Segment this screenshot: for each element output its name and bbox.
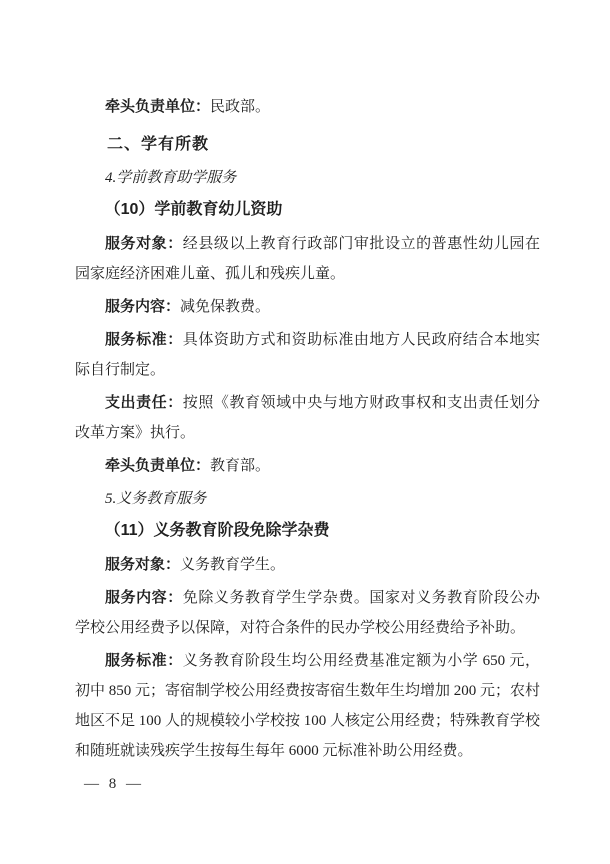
field-label: 服务标准： — [105, 653, 183, 669]
document-page: 牵头负责单位：民政部。 二、学有所教 4.学前教育助学服务 （10）学前教育幼儿… — [0, 0, 610, 864]
service-target-paragraph: 服务对象：经县级以上教育行政部门审批设立的普惠性幼儿园在园家庭经济困难儿童、孤儿… — [75, 229, 540, 289]
field-label: 支出责任： — [105, 395, 183, 411]
field-value: 民政部。 — [210, 99, 270, 115]
service-item-title: 4.学前教育助学服务 — [75, 163, 540, 193]
service-item-title: 5.义务教育服务 — [75, 484, 540, 514]
page-number: — 8 — — [84, 776, 144, 793]
field-label: 牵头负责单位： — [105, 458, 210, 474]
service-target-paragraph: 服务对象：义务教育学生。 — [75, 550, 540, 580]
field-label: 服务标准： — [105, 332, 183, 348]
field-value: 教育部。 — [210, 458, 270, 474]
field-label: 服务内容： — [105, 299, 180, 315]
expenditure-paragraph: 支出责任：按照《教育领域中央与地方财政事权和支出责任划分改革方案》执行。 — [75, 388, 540, 448]
entry-heading: （10）学前教育幼儿资助 — [75, 195, 540, 225]
document-body: 牵头负责单位：民政部。 二、学有所教 4.学前教育助学服务 （10）学前教育幼儿… — [75, 92, 540, 769]
field-value: 义务教育学生。 — [180, 557, 285, 573]
field-value: 减免保教费。 — [180, 299, 270, 315]
service-standard-paragraph: 服务标准：具体资助方式和资助标准由地方人民政府结合本地实际自行制定。 — [75, 325, 540, 385]
lead-unit-paragraph: 牵头负责单位：教育部。 — [75, 451, 540, 481]
service-content-paragraph: 服务内容：减免保教费。 — [75, 292, 540, 322]
lead-unit-paragraph: 牵头负责单位：民政部。 — [75, 92, 540, 122]
field-label: 服务对象： — [105, 236, 183, 252]
field-label: 服务内容： — [105, 590, 183, 606]
entry-heading: （11）义务教育阶段免除学杂费 — [75, 516, 540, 546]
section-heading: 二、学有所教 — [75, 130, 540, 160]
service-standard-paragraph: 服务标准：义务教育阶段生均公用经费基准定额为小学 650 元，初中 850 元；… — [75, 646, 540, 766]
field-label: 牵头负责单位： — [105, 99, 210, 115]
service-content-paragraph: 服务内容：免除义务教育学生学杂费。国家对义务教育阶段公办学校公用经费予以保障，对… — [75, 583, 540, 643]
field-label: 服务对象： — [105, 557, 180, 573]
